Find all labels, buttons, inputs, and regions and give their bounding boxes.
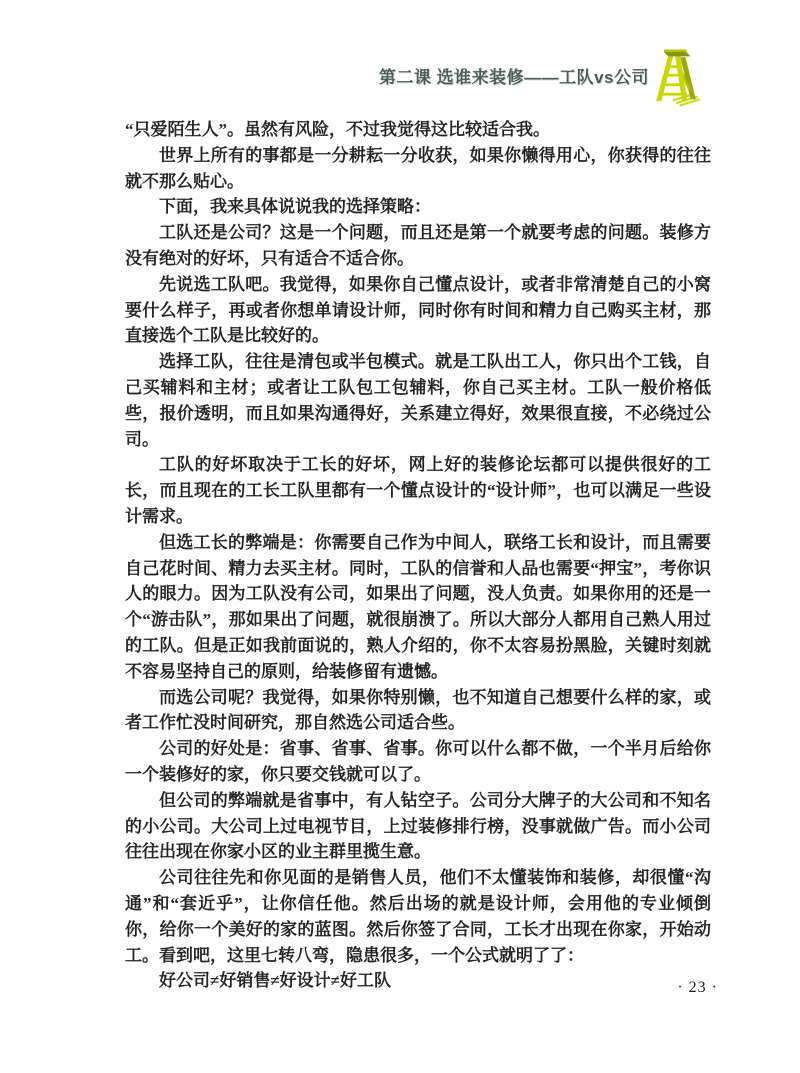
paragraph: 好公司≠好销售≠好设计≠好工队 bbox=[125, 968, 711, 994]
body-text: “只爱陌生人”。虽然有风险，不过我觉得这比较适合我。世界上所有的事都是一分耕耘一… bbox=[125, 117, 711, 994]
chapter-title: 第二课 选谁来装修——工队vs公司 bbox=[379, 63, 649, 92]
book-page: 第二课 选谁来装修——工队vs公司 bbox=[0, 0, 800, 1073]
paragraph: 而选公司呢？我觉得，如果你特别懒，也不知道自己想要什么样的家，或者工作忙没时间研… bbox=[125, 685, 711, 737]
paragraph: 但公司的弊端就是省事中，有人钻空子。公司分大牌子的大公司和不知名的小公司。大公司… bbox=[125, 788, 711, 865]
ladder-icon bbox=[650, 46, 702, 108]
paragraph: 下面，我来具体说说我的选择策略： bbox=[125, 194, 711, 220]
paragraph: 先说选工队吧。我觉得，如果你自己懂点设计，或者非常清楚自己的小窝要什么样子，再或… bbox=[125, 272, 711, 349]
paragraph: 公司往往先和你见面的是销售人员，他们不太懂装饰和装修，却很懂“沟通”和“套近乎”… bbox=[125, 865, 711, 968]
paragraph: “只爱陌生人”。虽然有风险，不过我觉得这比较适合我。 bbox=[125, 117, 711, 143]
paragraph: 但选工长的弊端是：你需要自己作为中间人，联络工长和设计，而且需要自己花时间、精力… bbox=[125, 530, 711, 685]
page-number: · 23 · bbox=[677, 979, 718, 997]
paragraph: 工队的好坏取决于工长的好坏，网上好的装修论坛都可以提供很好的工长，而且现在的工长… bbox=[125, 452, 711, 529]
running-head: 第二课 选谁来装修——工队vs公司 bbox=[379, 46, 702, 108]
paragraph: 选择工队，往往是清包或半包模式。就是工队出工人，你只出个工钱，自己买辅料和主材；… bbox=[125, 349, 711, 452]
paragraph: 工队还是公司？这是一个问题，而且还是第一个就要考虑的问题。装修方没有绝对的好坏，… bbox=[125, 220, 711, 272]
paragraph: 公司的好处是：省事、省事、省事。你可以什么都不做，一个半月后给你一个装修好的家，… bbox=[125, 736, 711, 788]
paragraph: 世界上所有的事都是一分耕耘一分收获，如果你懒得用心，你获得的往往就不那么贴心。 bbox=[125, 143, 711, 195]
